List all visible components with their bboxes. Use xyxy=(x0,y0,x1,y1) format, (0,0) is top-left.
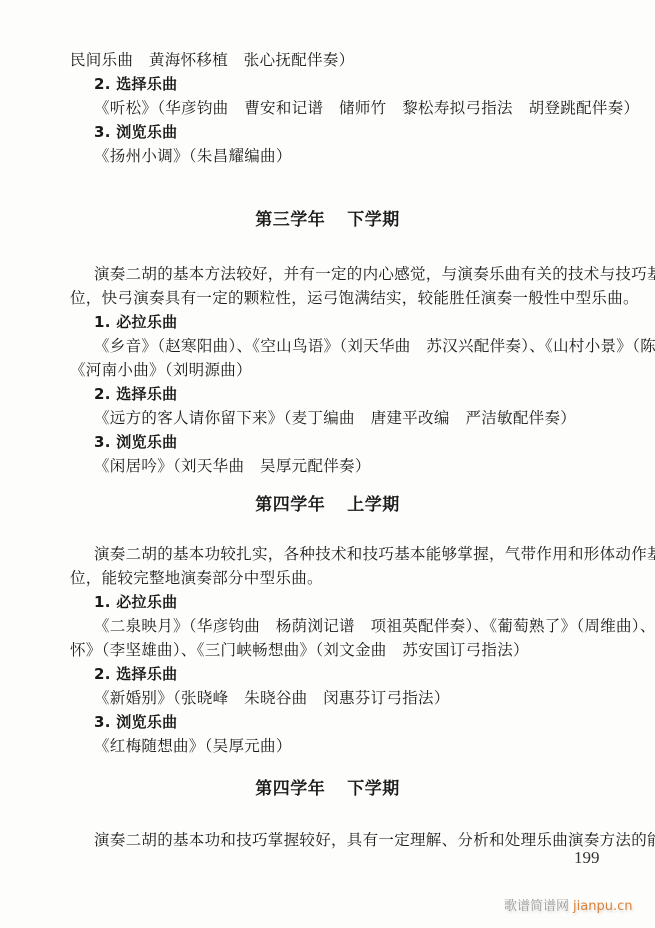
browse-pieces-label: 3. 浏览乐曲 xyxy=(94,430,607,454)
heading-year: 第四学年 xyxy=(255,779,325,799)
browse-pieces-label: 3. 浏览乐曲 xyxy=(94,120,607,144)
browse-pieces-list: 《闲居吟》（刘天华曲 吴厚元配伴奏） xyxy=(94,454,607,478)
required-pieces-list: 《河南小曲》（刘明源曲） xyxy=(70,358,607,382)
optional-pieces-list: 《新婚别》（张晓峰 朱晓谷曲 闵惠芬订弓指法） xyxy=(94,686,607,710)
required-pieces-label: 1. 必拉乐曲 xyxy=(94,590,607,614)
heading-term: 上学期 xyxy=(347,495,400,515)
section-description: 演奏二胡的基本功和技巧掌握较好，具有一定理解、分析和处理乐曲演奏方法的能力。 xyxy=(94,828,614,852)
section-description: 演奏二胡的基本功较扎实，各种技术和技巧基本能够掌握，气带作用和形体动作基本到 xyxy=(94,542,607,566)
optional-pieces-label: 2. 选择乐曲 xyxy=(94,662,607,686)
optional-pieces-label: 2. 选择乐曲 xyxy=(94,382,607,406)
watermark: 歌谱简谱网jianpu.cn xyxy=(504,895,632,914)
section-heading-year4-term1: 第四学年上学期 xyxy=(0,492,655,518)
section-heading-year3-term2: 第三学年下学期 xyxy=(0,207,655,233)
optional-pieces-label: 2. 选择乐曲 xyxy=(94,72,607,96)
optional-pieces-list: 《听松》（华彦钧曲 曹安和记谱 储师竹 黎松寿拟弓指法 胡登跳配伴奏） xyxy=(94,96,607,120)
required-pieces-list: 《二泉映月》（华彦钧曲 杨荫浏记谱 项祖英配伴奏）、《葡萄熟了》（周维曲）、《楚… xyxy=(94,614,607,638)
heading-term: 下学期 xyxy=(347,210,400,230)
browse-pieces-list: 《红梅随想曲》（吴厚元曲） xyxy=(94,734,607,758)
heading-term: 下学期 xyxy=(347,779,400,799)
section-heading-year4-term2: 第四学年下学期 xyxy=(0,776,655,802)
section-description: 位，能较完整地演奏部分中型乐曲。 xyxy=(70,566,607,590)
watermark-domain: jianpu.cn xyxy=(573,899,632,914)
watermark-site-name: 歌谱简谱网 xyxy=(504,899,569,914)
required-pieces-list: 《乡音》（赵寒阳曲）、《空山鸟语》（刘天华曲 苏汉兴配伴奏）、《山村小景》（陈耀… xyxy=(94,334,607,358)
required-pieces-label: 1. 必拉乐曲 xyxy=(94,310,607,334)
document-page: 民间乐曲 黄海怀移植 张心抚配伴奏） 2. 选择乐曲 《听松》（华彦钧曲 曹安和… xyxy=(0,0,655,928)
section-description: 演奏二胡的基本方法较好，并有一定的内心感觉，与演奏乐曲有关的技术与技巧基本到 xyxy=(94,262,607,286)
required-pieces-list: 怀》（李坚雄曲）、《三门峡畅想曲》（刘文金曲 苏安国订弓指法） xyxy=(70,638,607,662)
section-description: 位，快弓演奏具有一定的颗粒性，运弓饱满结实，较能胜任演奏一般性中型乐曲。 xyxy=(70,286,607,310)
heading-year: 第三学年 xyxy=(255,210,325,230)
optional-pieces-list: 《远方的客人请你留下来》（麦丁编曲 唐建平改编 严洁敏配伴奏） xyxy=(94,406,607,430)
browse-pieces-list: 《扬州小调》（朱昌耀编曲） xyxy=(94,144,607,168)
page-number: 199 xyxy=(574,848,600,868)
continuation-line: 民间乐曲 黄海怀移植 张心抚配伴奏） xyxy=(70,48,607,72)
browse-pieces-label: 3. 浏览乐曲 xyxy=(94,710,607,734)
heading-year: 第四学年 xyxy=(255,495,325,515)
